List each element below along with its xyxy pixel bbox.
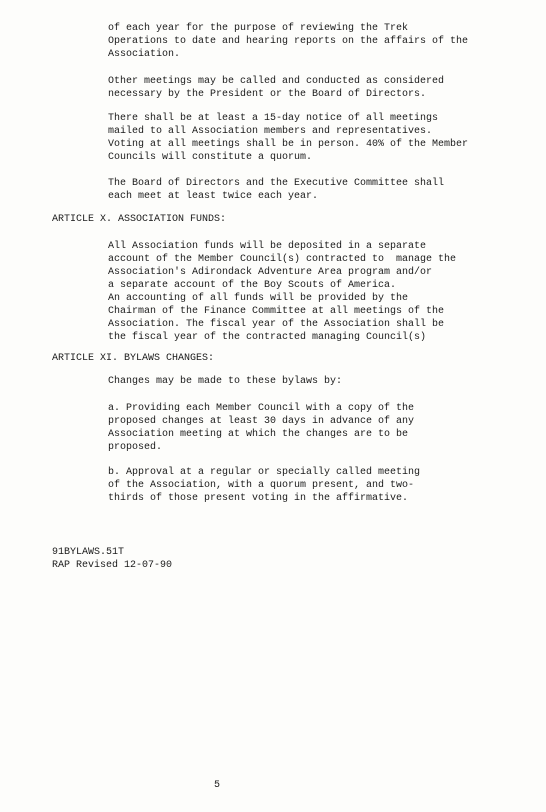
paragraph-annual-meeting: of each year for the purpose of reviewin… bbox=[108, 22, 546, 61]
paragraph-other-meetings: Other meetings may be called and conduct… bbox=[108, 75, 546, 101]
paragraph-board-meetings: The Board of Directors and the Executive… bbox=[108, 177, 546, 203]
paragraph-changes-intro: Changes may be made to these bylaws by: bbox=[108, 375, 546, 388]
document-footer-revision: 91BYLAWS.51T RAP Revised 12-07-90 bbox=[52, 546, 546, 572]
paragraph-association-funds: All Association funds will be deposited … bbox=[108, 240, 546, 344]
page-number: 5 bbox=[214, 779, 220, 792]
paragraph-changes-item-b: b. Approval at a regular or specially ca… bbox=[108, 466, 546, 505]
document-page: of each year for the purpose of reviewin… bbox=[0, 0, 546, 812]
paragraph-changes-item-a: a. Providing each Member Council with a … bbox=[108, 402, 546, 454]
paragraph-meeting-notice: There shall be at least a 15-day notice … bbox=[108, 112, 546, 164]
heading-article-x: ARTICLE X. ASSOCIATION FUNDS: bbox=[52, 213, 546, 226]
heading-article-xi: ARTICLE XI. BYLAWS CHANGES: bbox=[52, 352, 546, 365]
